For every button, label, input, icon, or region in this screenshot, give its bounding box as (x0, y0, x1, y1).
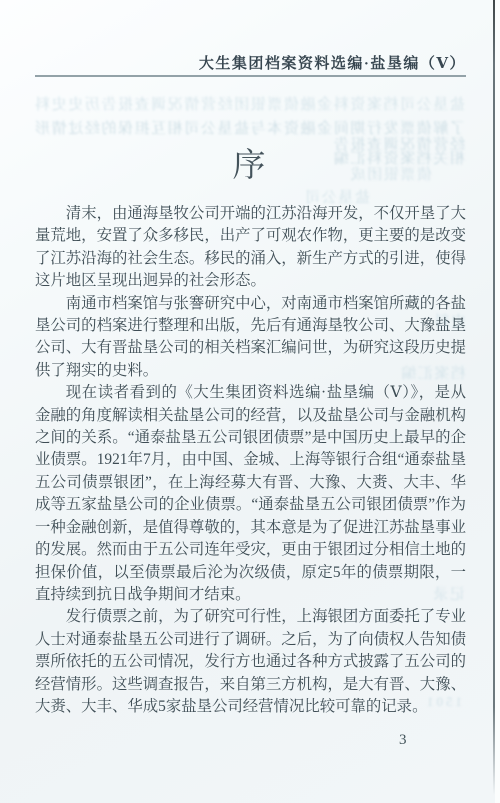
page-edge-highlight (495, 0, 500, 803)
page-title: 序 (0, 139, 500, 186)
preface-paragraph-1: 清末，由通海垦牧公司开端的江苏沿海开发，不仅开垦了大量荒地，安置了众多移民，出产… (35, 203, 466, 293)
page-edge-shadow (493, 0, 495, 803)
page-number: 3 (399, 732, 407, 749)
scanned-book-page: 盐垦公司档案资料金融债票银团经营情况调查报告历史史料汇编 了解债票发行期间金融资… (0, 0, 500, 803)
running-header: 大生集团档案资料选编·盐垦编（Ⅴ） (199, 52, 466, 73)
preface-paragraph-4: 发行债票之前，为了研究可行性，上海银团方面委托了专业人士对通泰盐垦五公司进行了调… (35, 606, 466, 718)
bleedthrough-text: 了解债票发行期间金融资本与盐垦公司相互担保的经过情形记录 (35, 117, 465, 138)
header-rule (35, 75, 466, 77)
bleedthrough-text: 盐垦公司档案资料金融债票银团经营情况调查报告历史史料汇编 (35, 93, 465, 114)
preface-body: 清末，由通海垦牧公司开端的江苏沿海开发，不仅开垦了大量荒地，安置了众多移民，出产… (35, 203, 466, 718)
preface-paragraph-2: 南通市档案馆与张謇研究中心，对南通市档案馆所藏的各盐垦公司的档案进行整理和出版，… (35, 293, 466, 383)
preface-paragraph-3: 现在读者看到的《大生集团资料选编·盐垦编（Ⅴ）》，是从金融的角度解读相关盐垦公司… (35, 382, 466, 606)
